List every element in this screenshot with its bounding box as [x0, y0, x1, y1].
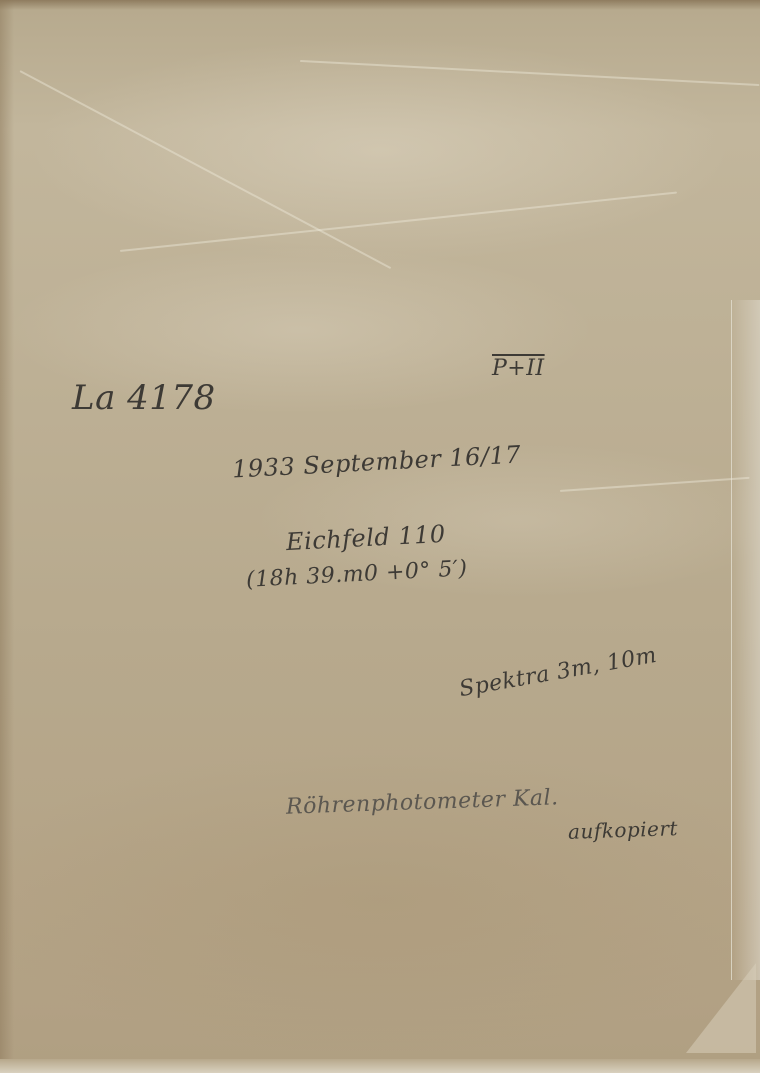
plate-id: La 4178	[72, 378, 216, 418]
envelope-scan: La 4178 P+II 1933 September 16/17 Eichfe…	[0, 0, 760, 1073]
remark-line-1: Röhrenphotometer Kal.	[286, 785, 559, 819]
crease	[20, 70, 392, 269]
top-edge	[0, 0, 760, 10]
left-edge	[0, 0, 14, 1073]
observation-date: 1933 September 16/17	[231, 440, 521, 483]
field-name: Eichfeld 110	[285, 520, 446, 556]
bottom-edge	[0, 1059, 760, 1073]
exposures: Spektra 3m, 10m	[457, 643, 658, 702]
crease	[120, 191, 677, 252]
torn-corner	[686, 963, 756, 1053]
crease	[300, 60, 759, 86]
plate-mark: P+II	[492, 356, 545, 381]
remark-line-2: aufkopiert	[568, 816, 679, 844]
crease	[560, 477, 750, 492]
right-flap	[731, 300, 760, 980]
coordinates: (18h 39.m0 +0° 5′)	[245, 556, 468, 593]
